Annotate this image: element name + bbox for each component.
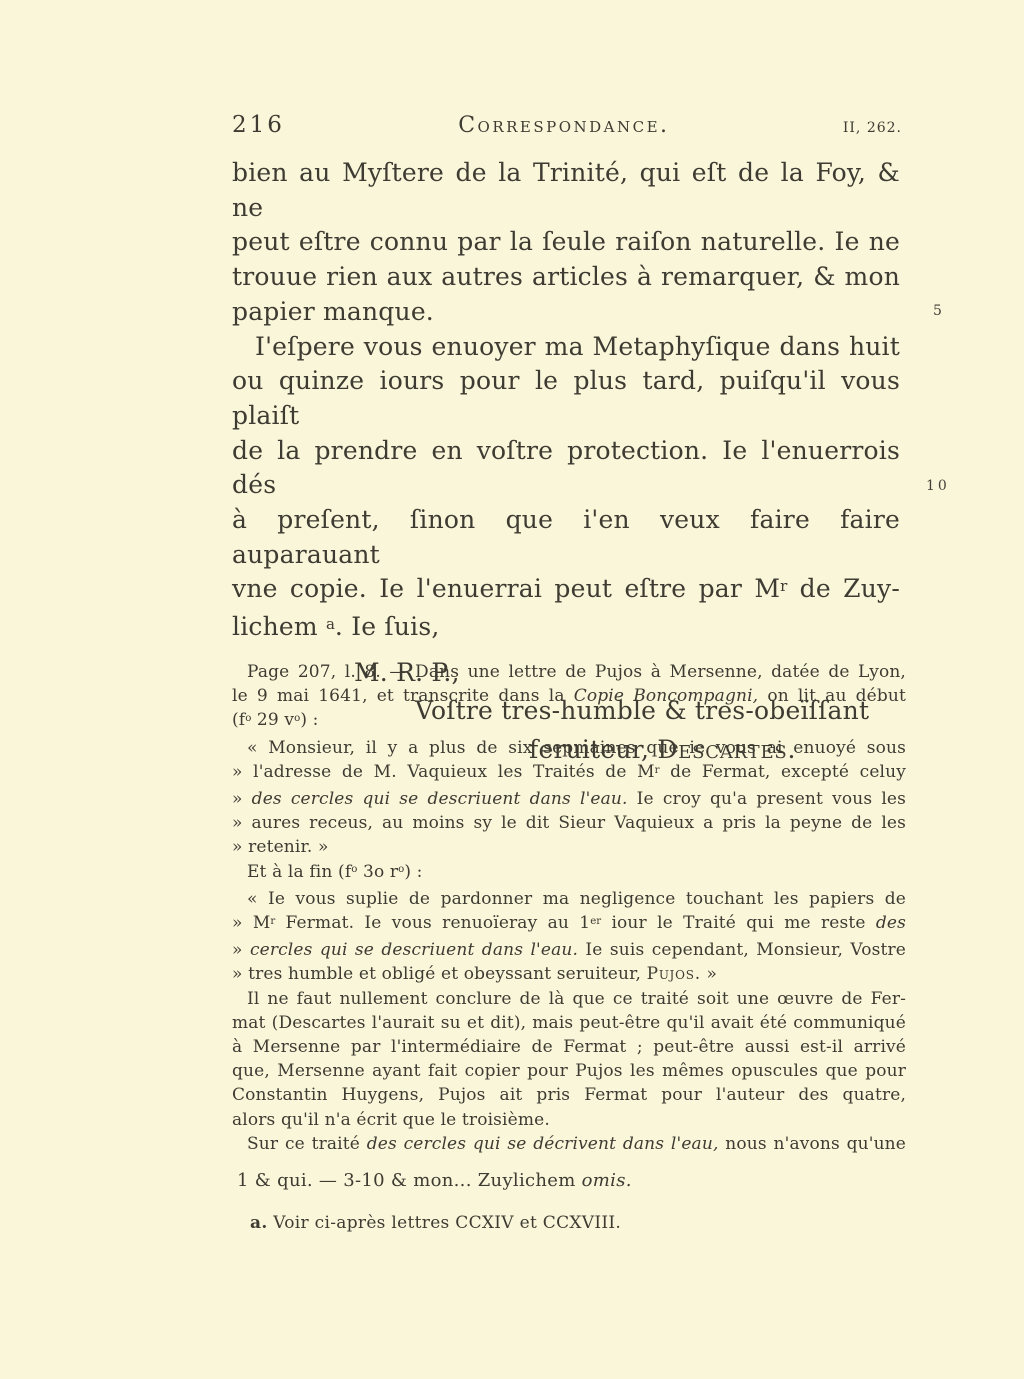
margin-line-number-10: 10	[926, 478, 950, 494]
page-header: 216 Correspondance. II, 262.	[232, 112, 902, 138]
footnote-line: Sur ce traité des cercles qui se décrive…	[232, 1132, 906, 1156]
footnote-line: Et à la fin (fo 3o ro) :	[232, 860, 906, 887]
footnote-line: » Mr Fermat. Ie vous renuoïeray au 1er i…	[232, 911, 906, 938]
footnote-line: Constantin Huygens, Pujos ait pris Ferma…	[232, 1083, 906, 1107]
footnote-line: mat (Descartes l'aurait su et dit), mais…	[232, 1011, 906, 1035]
variant-note: 1 & qui. — 3-10 & mon... Zuylichem omis.	[237, 1170, 632, 1191]
letter-line: lichem a. Ie ſuis,	[232, 610, 900, 648]
letter-line: trouue rien aux autres articles à remarq…	[232, 260, 900, 295]
footnote-line: Il ne faut nullement conclure de là que …	[232, 987, 906, 1011]
footnote-line: alors qu'il n'a écrit que le troisième.	[232, 1108, 906, 1132]
letter-line: à preſent, ſinon que i'en veux faire fai…	[232, 503, 900, 572]
footnote-line: » aures receus, au moins sy le dit Sieur…	[232, 811, 906, 835]
footnote-line: à Mersenne par l'intermédiaire de Fermat…	[232, 1035, 906, 1059]
letter-line: de la prendre en voſtre protection. Ie l…	[232, 434, 900, 503]
volume-page-ref: II, 262.	[843, 120, 902, 136]
page-number: 216	[232, 112, 285, 138]
footnote-line: (fo 29 vo) :	[232, 708, 906, 735]
footnote-line: » l'adresse de M. Vaquieux les Traités d…	[232, 760, 906, 787]
running-title: Correspondance.	[285, 113, 843, 138]
footnote-line: » des cercles qui se descriuent dans l'e…	[232, 787, 906, 811]
letter-line: ou quinze iours pour le plus tard, puiſq…	[232, 364, 900, 433]
letter-line: bien au Myſtere de la Trinité, qui eſt d…	[232, 156, 900, 225]
margin-line-number-5: 5	[933, 303, 945, 319]
footnote-line: » cercles qui se descriuent dans l'eau. …	[232, 938, 906, 962]
footnote-line: Page 207, l. 8. — Dans une lettre de Puj…	[232, 660, 906, 684]
book-page: 216 Correspondance. II, 262. bien au Myſ…	[0, 0, 1024, 1379]
footnote-line: le 9 mai 1641, et transcrite dans la Cop…	[232, 684, 906, 708]
letter-line: peut eſtre connu par la ſeule raiſon nat…	[232, 225, 900, 260]
footnote-line: « Monsieur, il y a plus de six sepmaines…	[232, 736, 906, 760]
footnote-line: » retenir. »	[232, 835, 906, 859]
letter-line: vne copie. Ie l'enuerrai peut eſtre par …	[232, 572, 900, 610]
letter-line: papier manque.	[232, 295, 900, 330]
footnote-line: que, Mersenne ayant fait copier pour Puj…	[232, 1059, 906, 1083]
footnotes-block: Page 207, l. 8. — Dans une lettre de Puj…	[232, 660, 906, 1156]
footnote-line: » tres humble et obligé et obeyssant ser…	[232, 962, 906, 986]
footnote-line: « Ie vous suplie de pardonner ma neglige…	[232, 887, 906, 911]
letter-line: I'eſpere vous enuoyer ma Metaphyſique da…	[232, 330, 900, 365]
note-a: a. Voir ci-après lettres CCXIV et CCXVII…	[250, 1213, 621, 1233]
